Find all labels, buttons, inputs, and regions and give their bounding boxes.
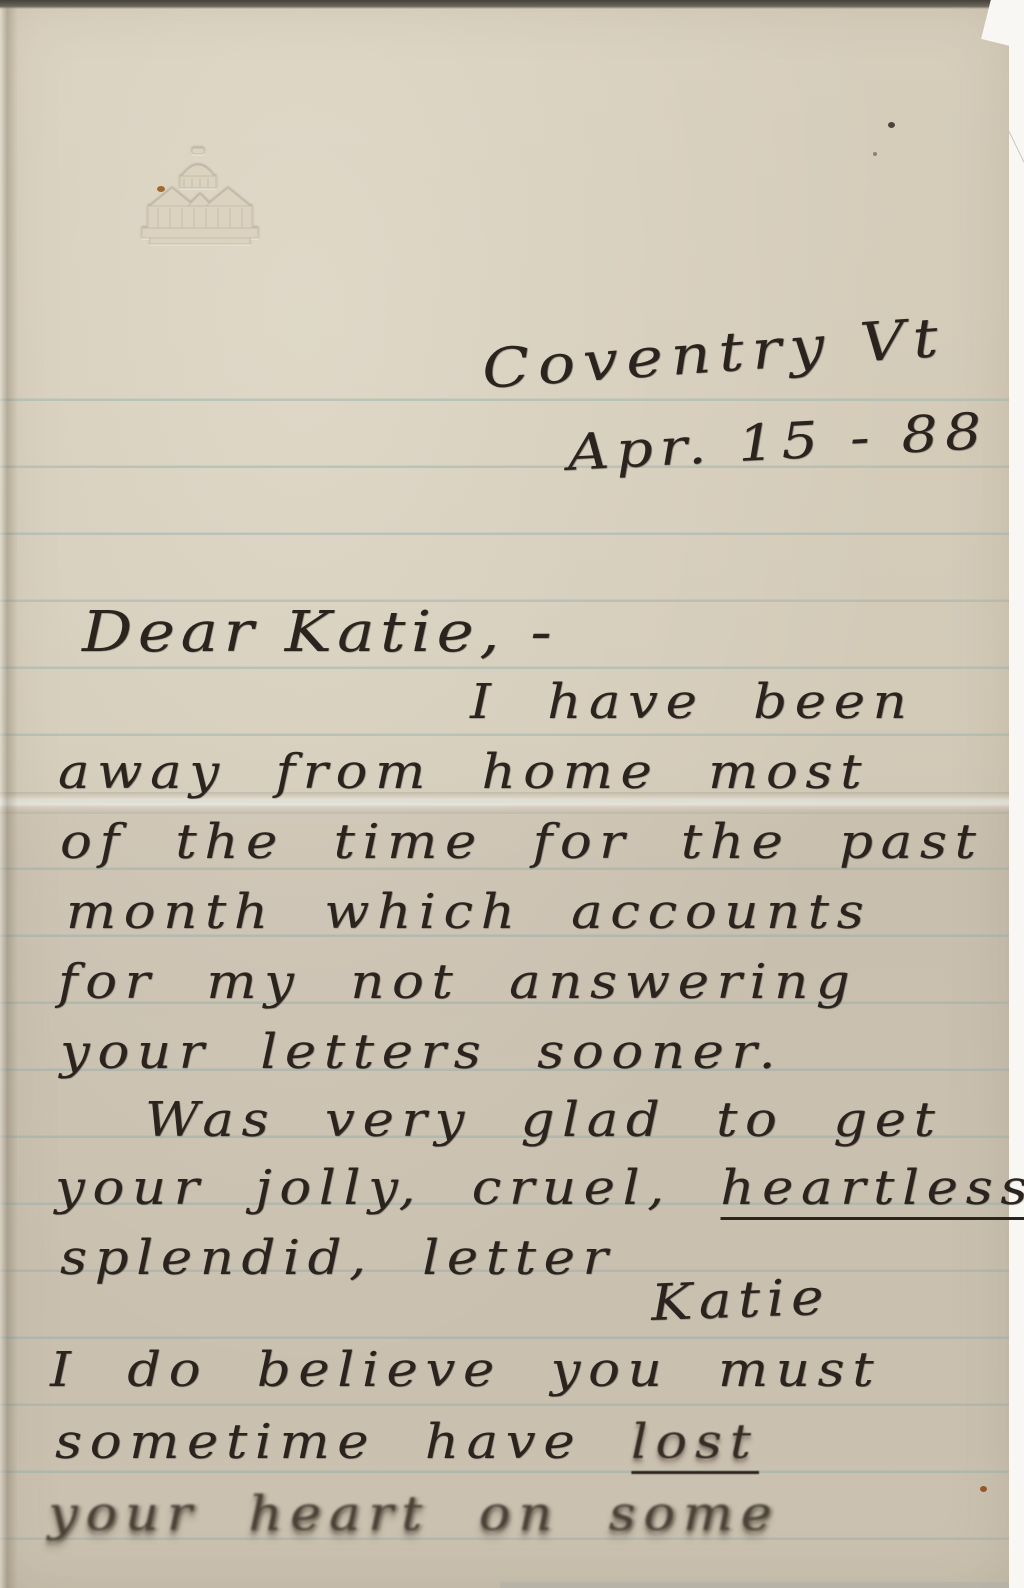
letter-line-text: your jolly, cruel, (55, 1160, 720, 1216)
scan-top-edge (0, 0, 1009, 9)
underlined-word: heartless (720, 1160, 1024, 1220)
letter-line: of the time for the past (60, 814, 984, 870)
letter-line-smudged: your heart on some (48, 1486, 780, 1542)
foxing-spot (980, 1486, 987, 1492)
letter-line: away from home most (58, 744, 869, 800)
left-edge-crease (0, 0, 18, 1588)
underlined-word: lost (631, 1414, 759, 1474)
letter-line: your letters sooner. (60, 1024, 783, 1080)
letter-line: I do believe you must (50, 1342, 881, 1398)
letter-line: I have been (470, 674, 914, 730)
letter-line-text: sometime have (55, 1414, 631, 1470)
letter-line: Was very glad to get (145, 1092, 943, 1148)
salutation: Dear Katie, - (82, 600, 557, 665)
heading-date: Apr. 15 - 88 (566, 402, 990, 482)
embossed-building-seal-icon (128, 146, 268, 254)
heading-place: Coventry Vt (480, 306, 948, 401)
letter-page: Coventry Vt Apr. 15 - 88 Dear Katie, - I… (0, 0, 1009, 1588)
addressee-name: Katie (650, 1268, 831, 1332)
letter-line: sometime have lost (55, 1414, 759, 1470)
letter-line: splendid, letter (60, 1230, 616, 1286)
foxing-spot (157, 186, 165, 192)
foxing-spot (888, 122, 895, 128)
scan-bottom-edge (500, 1582, 1009, 1588)
letter-line: for my not answering (58, 954, 857, 1010)
letter-line: month which accounts (66, 884, 871, 940)
letter-line: your jolly, cruel, heartless (55, 1160, 1024, 1216)
foxing-spot (873, 152, 877, 156)
